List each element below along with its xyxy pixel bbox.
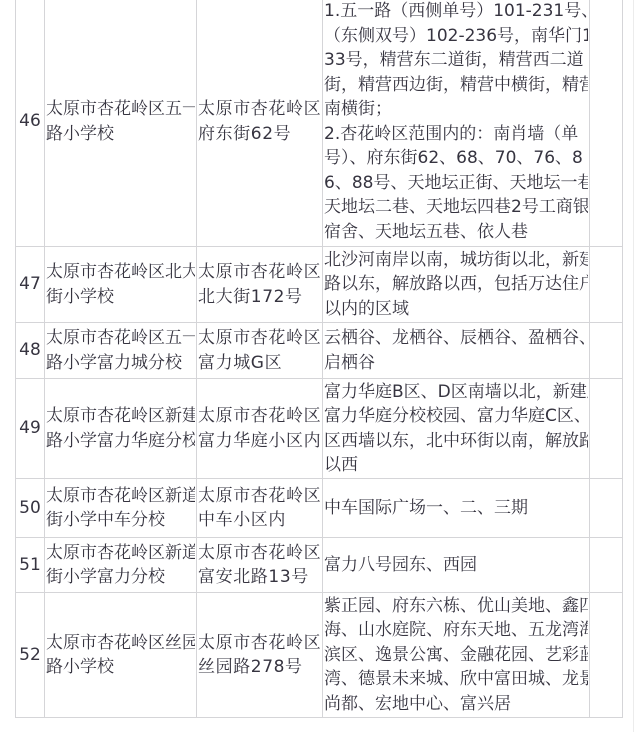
table-row: 52 太原市杏花岭区丝园 路小学校 太原市杏花岭区 丝园路278号 紫正园、府东… <box>16 593 623 718</box>
school-address-cell: 太原市杏花岭区 富安北路13号 <box>197 538 323 593</box>
school-name-line: 太原市杏花岭区新建 <box>46 404 195 429</box>
school-name-line: 太原市杏花岭区新道 <box>46 541 195 566</box>
row-number: 46 <box>19 111 41 131</box>
note-cell <box>590 323 623 379</box>
note-cell <box>590 479 623 538</box>
school-name-line: 太原市杏花岭区五一 <box>46 97 195 122</box>
table-row: 51 太原市杏花岭区新道 街小学富力分校 太原市杏花岭区 富安北路13号 富力八… <box>16 538 623 593</box>
school-name-cell: 太原市杏花岭区丝园 路小学校 <box>45 593 197 718</box>
range-line: 天地坛二巷、天地坛四巷2号工商银行 <box>324 195 588 220</box>
school-name-cell: 太原市杏花岭区新道 街小学中车分校 <box>45 479 197 538</box>
range-line: 2.杏花岭区范围内的：南肖墙（单 <box>324 122 588 147</box>
school-name-cell: 太原市杏花岭区北大 街小学校 <box>45 247 197 323</box>
row-number: 52 <box>19 645 41 665</box>
enrollment-range-cell: 北沙河南岸以南，城坊街以北，新建 路以东，解放路以西，包括万达住户 以内的区域 <box>323 247 590 323</box>
school-district-table: 46 太原市杏花岭区五一 路小学校 太原市杏花岭区 府东街62号 1.五一路（西… <box>15 0 623 718</box>
range-line: （东侧双号）102-236号，南华门1 - <box>324 24 588 49</box>
address-line: 府东街62号 <box>198 122 321 147</box>
range-line: 紫正园、府东六栋、优山美地、鑫四 <box>324 594 588 619</box>
enrollment-range-cell: 1.五一路（西侧单号）101-231号、 （东侧双号）102-236号，南华门1… <box>323 0 590 247</box>
school-name-line: 太原市杏花岭区丝园 <box>46 631 195 656</box>
enrollment-range-cell: 云栖谷、龙栖谷、辰栖谷、盈栖谷、 启栖谷 <box>323 323 590 379</box>
range-line: 以内的区域 <box>324 297 588 322</box>
school-address-cell: 太原市杏花岭区 富力城G区 <box>197 323 323 379</box>
school-address-cell: 太原市杏花岭区 府东街62号 <box>197 0 323 247</box>
address-line: 太原市杏花岭区 <box>198 260 321 285</box>
row-number-cell: 47 <box>16 247 45 323</box>
row-number: 49 <box>19 418 41 438</box>
range-line: 启栖谷 <box>324 351 588 376</box>
school-name-line: 路小学富力城分校 <box>46 351 195 376</box>
school-name-line: 路小学校 <box>46 655 195 680</box>
range-line: 富力华庭B区、D区南墙以北，新建路 <box>324 380 588 405</box>
school-name-line: 路小学校 <box>46 122 195 147</box>
school-name-cell: 太原市杏花岭区五一 路小学校 <box>45 0 197 247</box>
row-number-cell: 46 <box>16 0 45 247</box>
school-name-cell: 太原市杏花岭区新道 街小学富力分校 <box>45 538 197 593</box>
range-line: 富力八号园东、西园 <box>324 553 588 578</box>
table-row: 46 太原市杏花岭区五一 路小学校 太原市杏花岭区 府东街62号 1.五一路（西… <box>16 0 623 247</box>
note-cell <box>590 247 623 323</box>
range-line: 尚都、宏地中心、富兴居 <box>324 692 588 717</box>
school-name-line: 太原市杏花岭区北大 <box>46 260 195 285</box>
range-line: 北沙河南岸以南，城坊街以北，新建 <box>324 248 588 273</box>
address-line: 太原市杏花岭区 <box>198 631 321 656</box>
enrollment-range-cell: 中车国际广场一、二、三期 <box>323 479 590 538</box>
note-cell <box>590 593 623 718</box>
school-name-line: 太原市杏花岭区五一 <box>46 326 195 351</box>
range-line: 街，精营西边街，精营中横街，精营 <box>324 73 588 98</box>
school-name-cell: 太原市杏花岭区新建 路小学富力华庭分校 <box>45 379 197 479</box>
address-line: 太原市杏花岭区 <box>198 97 321 122</box>
address-line: 太原市杏花岭区 <box>198 404 321 429</box>
row-number: 47 <box>19 274 41 294</box>
range-line: 中车国际广场一、二、三期 <box>324 496 588 521</box>
address-line: 中车小区内 <box>198 508 321 533</box>
range-line: 富力华庭分校校园、富力华庭C区、D <box>324 404 588 429</box>
range-line: 湾、德景未来城、欣中富田城、龙景 <box>324 667 588 692</box>
address-line: 富力城G区 <box>198 351 321 376</box>
row-number-cell: 52 <box>16 593 45 718</box>
range-line: 滨区、逸景公寓、金融花园、艺彩蓝 <box>324 643 588 668</box>
row-number: 48 <box>19 340 41 360</box>
range-line: 6、88号、天地坛正街、天地坛一巷、 <box>324 171 588 196</box>
note-cell <box>590 538 623 593</box>
school-address-cell: 太原市杏花岭区 北大街172号 <box>197 247 323 323</box>
school-name-cell: 太原市杏花岭区五一 路小学富力城分校 <box>45 323 197 379</box>
range-line: 海、山水庭院、府东天地、五龙湾海 <box>324 618 588 643</box>
row-number-cell: 49 <box>16 379 45 479</box>
enrollment-range-cell: 紫正园、府东六栋、优山美地、鑫四 海、山水庭院、府东天地、五龙湾海 滨区、逸景公… <box>323 593 590 718</box>
range-line: 区西墙以东，北中环街以南，解放路 <box>324 429 588 454</box>
row-number-cell: 50 <box>16 479 45 538</box>
table-row: 48 太原市杏花岭区五一 路小学富力城分校 太原市杏花岭区 富力城G区 云栖谷、… <box>16 323 623 379</box>
address-line: 太原市杏花岭区 <box>198 326 321 351</box>
range-line: 路以东，解放路以西，包括万达住户 <box>324 272 588 297</box>
row-number: 50 <box>19 498 41 518</box>
address-line: 太原市杏花岭区 <box>198 484 321 509</box>
address-line: 丝园路278号 <box>198 655 321 680</box>
address-line: 富安北路13号 <box>198 565 321 590</box>
table-row: 49 太原市杏花岭区新建 路小学富力华庭分校 太原市杏花岭区 富力华庭小区内 富… <box>16 379 623 479</box>
enrollment-range-cell: 富力华庭B区、D区南墙以北，新建路 富力华庭分校校园、富力华庭C区、D 区西墙以… <box>323 379 590 479</box>
table-row: 47 太原市杏花岭区北大 街小学校 太原市杏花岭区 北大街172号 北沙河南岸以… <box>16 247 623 323</box>
school-address-cell: 太原市杏花岭区 中车小区内 <box>197 479 323 538</box>
school-name-line: 太原市杏花岭区新道 <box>46 484 195 509</box>
row-number-cell: 48 <box>16 323 45 379</box>
range-line: 33号，精营东二道街，精营西二道 <box>324 48 588 73</box>
note-cell <box>590 0 623 247</box>
range-line: 1.五一路（西侧单号）101-231号、 <box>324 0 588 24</box>
range-line: 南横街； <box>324 97 588 122</box>
school-name-line: 路小学富力华庭分校 <box>46 429 195 454</box>
school-name-line: 街小学中车分校 <box>46 508 195 533</box>
row-number: 51 <box>19 555 41 575</box>
note-cell <box>590 379 623 479</box>
school-address-cell: 太原市杏花岭区 富力华庭小区内 <box>197 379 323 479</box>
address-line: 太原市杏花岭区 <box>198 541 321 566</box>
school-name-line: 街小学校 <box>46 285 195 310</box>
school-address-cell: 太原市杏花岭区 丝园路278号 <box>197 593 323 718</box>
enrollment-range-cell: 富力八号园东、西园 <box>323 538 590 593</box>
range-line: 号）、府东街62、68、70、76、8 <box>324 146 588 171</box>
range-line: 以西 <box>324 453 588 478</box>
table-row: 50 太原市杏花岭区新道 街小学中车分校 太原市杏花岭区 中车小区内 中车国际广… <box>16 479 623 538</box>
range-line: 宿舍、天地坛五巷、依人巷 <box>324 220 588 245</box>
school-name-line: 街小学富力分校 <box>46 565 195 590</box>
address-line: 北大街172号 <box>198 285 321 310</box>
row-number-cell: 51 <box>16 538 45 593</box>
range-line: 云栖谷、龙栖谷、辰栖谷、盈栖谷、 <box>324 326 588 351</box>
address-line: 富力华庭小区内 <box>198 429 321 454</box>
